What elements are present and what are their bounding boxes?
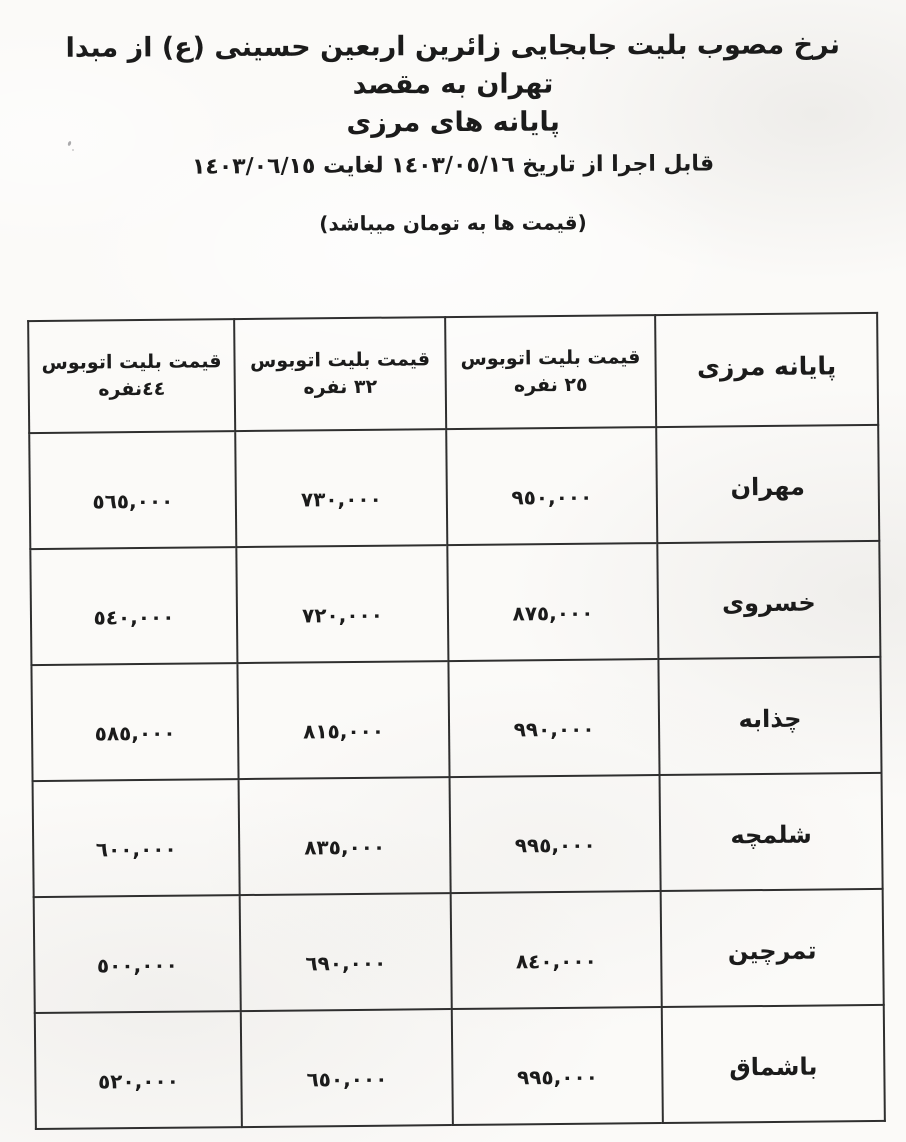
title-line-1: نرخ مصوب بلیت جابجایی زائرین اربعین حسین… <box>30 26 876 106</box>
fare-table: پایانه مرزی قیمت بلیت اتوبوس ٢٥ نفره قیم… <box>27 312 886 1130</box>
price-bus44-cell: ٦٠٠,٠٠٠ <box>33 779 240 897</box>
price-bus44-cell: ٥٨٥,٠٠٠ <box>31 663 238 781</box>
price-bus32-value: ٦٥٠,٠٠٠ <box>306 1067 387 1092</box>
price-bus32-cell: ٦٥٠,٠٠٠ <box>241 1009 453 1127</box>
terminal-name: شلمچه <box>730 821 812 850</box>
price-bus32-value: ٦٩٠,٠٠٠ <box>305 951 386 976</box>
price-bus25-value: ٨٧٥,٠٠٠ <box>512 601 593 626</box>
price-bus32-value: ٨٣٥,٠٠٠ <box>304 835 385 860</box>
terminal-name: خسروی <box>722 589 816 618</box>
col-header-bus32-line2: ٣٢ نفره <box>236 373 445 402</box>
col-header-bus44-line2: ٤٤نفره <box>30 375 234 404</box>
price-bus25-value: ٩٩٥,٠٠٠ <box>515 833 596 858</box>
table-body: مهران ٩٥٠,٠٠٠ ٧٣٠,٠٠٠ ٥٦٥,٠٠٠ خسروی ٨٧٥,… <box>29 425 885 1129</box>
col-header-bus25-line1: قیمت بلیت اتوبوس <box>446 344 654 373</box>
terminal-name-cell: خسروی <box>657 541 880 659</box>
scanned-document-page: نرخ مصوب بلیت جابجایی زائرین اربعین حسین… <box>0 0 906 1142</box>
terminal-name-cell: باشماق <box>662 1005 885 1123</box>
table-row: باشماق ٩٩٥,٠٠٠ ٦٥٠,٠٠٠ ٥٢٠,٠٠٠ <box>35 1005 885 1129</box>
col-header-bus32-line1: قیمت بلیت اتوبوس <box>235 346 444 375</box>
col-header-bus25-line2: ٢٥ نفره <box>447 371 655 400</box>
table-row: چذابه ٩٩٠,٠٠٠ ٨١٥,٠٠٠ ٥٨٥,٠٠٠ <box>31 657 881 781</box>
scan-speck <box>72 149 74 151</box>
title-line-2: پایانه های مرزی <box>30 102 876 144</box>
price-bus32-value: ٧٣٠,٠٠٠ <box>301 487 382 512</box>
col-header-bus32: قیمت بلیت اتوبوس ٣٢ نفره <box>234 317 446 431</box>
price-bus44-cell: ٥٢٠,٠٠٠ <box>35 1011 242 1129</box>
price-bus44-value: ٥٨٥,٠٠٠ <box>95 721 176 746</box>
price-bus44-cell: ٥٤٠,٠٠٠ <box>30 547 237 665</box>
table-row: خسروی ٨٧٥,٠٠٠ ٧٢٠,٠٠٠ ٥٤٠,٠٠٠ <box>30 541 880 665</box>
terminal-name: مهران <box>730 473 805 502</box>
terminal-name: باشماق <box>729 1053 817 1082</box>
terminal-name: تمرچین <box>728 937 817 966</box>
price-bus44-cell: ٥٦٥,٠٠٠ <box>29 431 236 549</box>
col-header-terminal: پایانه مرزی <box>655 313 878 427</box>
header-row: پایانه مرزی قیمت بلیت اتوبوس ٢٥ نفره قیم… <box>28 313 878 433</box>
table-row: مهران ٩٥٠,٠٠٠ ٧٣٠,٠٠٠ ٥٦٥,٠٠٠ <box>29 425 879 549</box>
col-header-bus44-line1: قیمت بلیت اتوبوس <box>29 348 233 377</box>
price-bus32-value: ٨١٥,٠٠٠ <box>303 719 384 744</box>
price-bus32-cell: ٧٢٠,٠٠٠ <box>236 545 448 663</box>
document-title: نرخ مصوب بلیت جابجایی زائرین اربعین حسین… <box>30 26 876 144</box>
col-header-bus44: قیمت بلیت اتوبوس ٤٤نفره <box>28 319 235 433</box>
price-bus32-value: ٧٢٠,٠٠٠ <box>302 603 383 628</box>
price-bus32-cell: ٨٣٥,٠٠٠ <box>239 777 451 895</box>
price-bus25-cell: ٩٩٥,٠٠٠ <box>450 775 661 893</box>
price-bus25-cell: ٩٥٠,٠٠٠ <box>446 427 657 545</box>
col-header-bus25: قیمت بلیت اتوبوس ٢٥ نفره <box>445 315 656 429</box>
price-bus25-cell: ٩٩٥,٠٠٠ <box>452 1007 663 1125</box>
price-bus32-cell: ٨١٥,٠٠٠ <box>237 661 449 779</box>
table-row: شلمچه ٩٩٥,٠٠٠ ٨٣٥,٠٠٠ ٦٠٠,٠٠٠ <box>33 773 883 897</box>
fare-table-wrap: پایانه مرزی قیمت بلیت اتوبوس ٢٥ نفره قیم… <box>27 312 884 1130</box>
price-bus44-value: ٥٤٠,٠٠٠ <box>93 605 174 630</box>
price-bus25-value: ٩٩٠,٠٠٠ <box>514 717 595 742</box>
terminal-name-cell: مهران <box>656 425 879 543</box>
col-header-terminal-label: پایانه مرزی <box>656 351 876 380</box>
price-bus44-value: ٥٢٠,٠٠٠ <box>98 1069 179 1094</box>
price-bus25-cell: ٨٧٥,٠٠٠ <box>447 543 658 661</box>
terminal-name-cell: چذابه <box>658 657 881 775</box>
price-bus44-value: ٥٠٠,٠٠٠ <box>97 953 178 978</box>
terminal-name: چذابه <box>738 705 801 734</box>
price-bus44-cell: ٥٠٠,٠٠٠ <box>34 895 241 1013</box>
table-row: تمرچین ٨٤٠,٠٠٠ ٦٩٠,٠٠٠ ٥٠٠,٠٠٠ <box>34 889 884 1013</box>
price-bus25-cell: ٨٤٠,٠٠٠ <box>451 891 662 1009</box>
price-bus25-value: ٩٩٥,٠٠٠ <box>517 1065 598 1090</box>
terminal-name-cell: تمرچین <box>661 889 884 1007</box>
price-bus32-cell: ٧٣٠,٠٠٠ <box>235 429 447 547</box>
price-bus44-value: ٥٦٥,٠٠٠ <box>92 489 173 514</box>
price-bus25-value: ٩٥٠,٠٠٠ <box>511 485 592 510</box>
price-bus25-cell: ٩٩٠,٠٠٠ <box>448 659 659 777</box>
terminal-name-cell: شلمچه <box>660 773 883 891</box>
price-bus44-value: ٦٠٠,٠٠٠ <box>96 837 177 862</box>
price-unit-note: (قیمت ها به تومان میباشد) <box>30 209 876 237</box>
price-bus32-cell: ٦٩٠,٠٠٠ <box>240 893 452 1011</box>
price-bus25-value: ٨٤٠,٠٠٠ <box>516 949 597 974</box>
effective-date-line: قابل اجرا از تاریخ ١٤٠٣/٠٥/١٦ لغایت ١٤٠٣… <box>30 150 876 180</box>
